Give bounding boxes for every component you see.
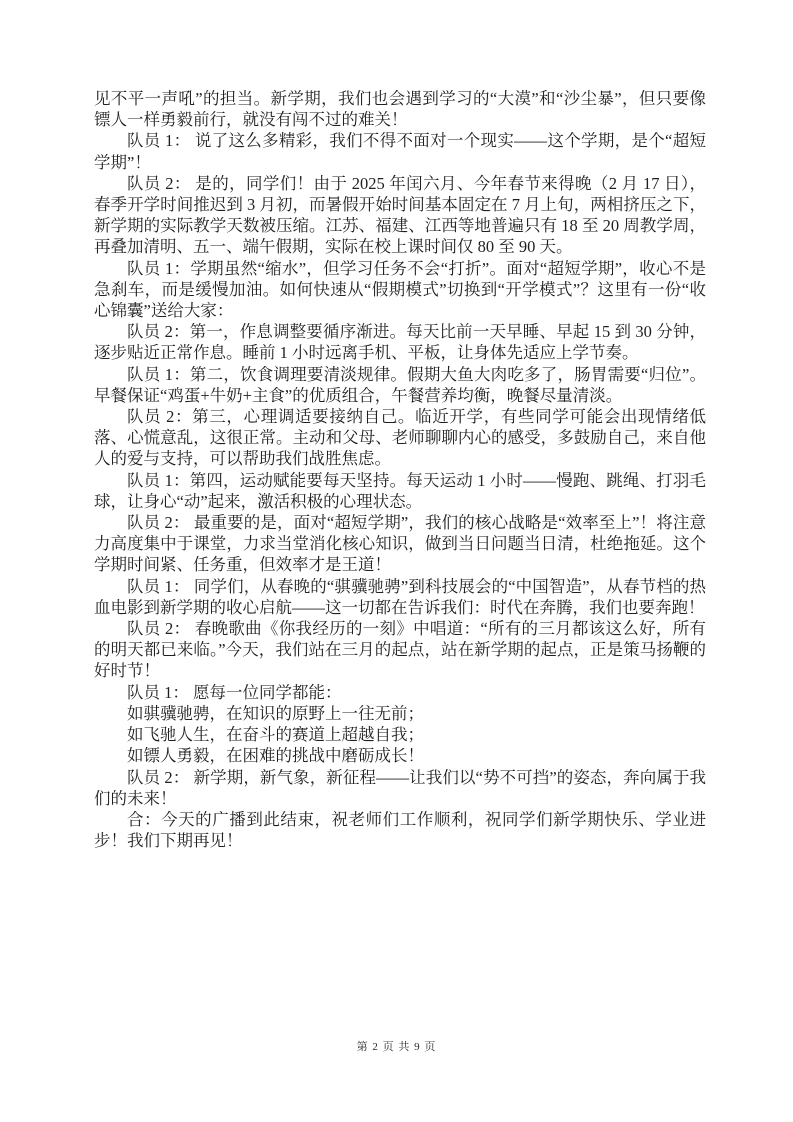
paragraph: 队员 2：第一，作息调整要循序渐进。每天比前一天早睡、早起 15 到 30 分钟… — [94, 321, 706, 363]
document-page: 见不平一声吼”的担当。新学期，我们也会遇到学习的“大漠”和“沙尘暴”，但只要像镖… — [0, 0, 793, 1122]
page-footer: 第 2 页 共 9 页 — [0, 1038, 793, 1054]
paragraph: 队员 2：第三，心理调适要接纳自己。临近开学，有些同学可能会出现情绪低落、心慌意… — [94, 406, 706, 470]
paragraph: 如镖人勇毅，在困难的挑战中磨砺成长！ — [94, 745, 706, 766]
paragraph: 队员 1：第四，运动赋能要每天坚持。每天运动 1 小时——慢跑、跳绳、打羽毛球，… — [94, 470, 706, 512]
paragraph: 队员 1： 同学们，从春晚的“骐骥驰骋”到科技展会的“中国智造”，从春节档的热血… — [94, 576, 706, 618]
paragraph: 队员 2： 是的，同学们！由于 2025 年闰六月、今年春节来得晚（2 月 17… — [94, 173, 706, 258]
paragraph: 如骐骥驰骋，在知识的原野上一往无前； — [94, 703, 706, 724]
paragraph: 队员 1：学期虽然“缩水”，但学习任务不会“打折”。面对“超短学期”，收心不是急… — [94, 258, 706, 322]
document-body: 见不平一声吼”的担当。新学期，我们也会遇到学习的“大漠”和“沙尘暴”，但只要像镖… — [94, 88, 706, 851]
paragraph: 队员 2： 春晚歌曲《你我经历的一刻》中唱道：“所有的三月都该这么好，所有的明天… — [94, 618, 706, 682]
paragraph: 队员 2： 新学期，新气象，新征程——让我们以“势不可挡”的姿态，奔向属于我们的… — [94, 767, 706, 809]
paragraph: 队员 1：第二，饮食调理要清淡规律。假期大鱼大肉吃多了，肠胃需要“归位”。早餐保… — [94, 364, 706, 406]
paragraph: 队员 1： 说了这么多精彩，我们不得不面对一个现实——这个学期，是个“超短学期”… — [94, 130, 706, 172]
paragraph: 见不平一声吼”的担当。新学期，我们也会遇到学习的“大漠”和“沙尘暴”，但只要像镖… — [94, 88, 706, 130]
paragraph: 队员 1： 愿每一位同学都能： — [94, 682, 706, 703]
paragraph: 合：今天的广播到此结束，祝老师们工作顺利，祝同学们新学期快乐、学业进步！我们下期… — [94, 809, 706, 851]
paragraph: 队员 2： 最重要的是，面对“超短学期”，我们的核心战略是“效率至上”！将注意力… — [94, 512, 706, 576]
paragraph: 如飞驰人生，在奋斗的赛道上超越自我； — [94, 724, 706, 745]
